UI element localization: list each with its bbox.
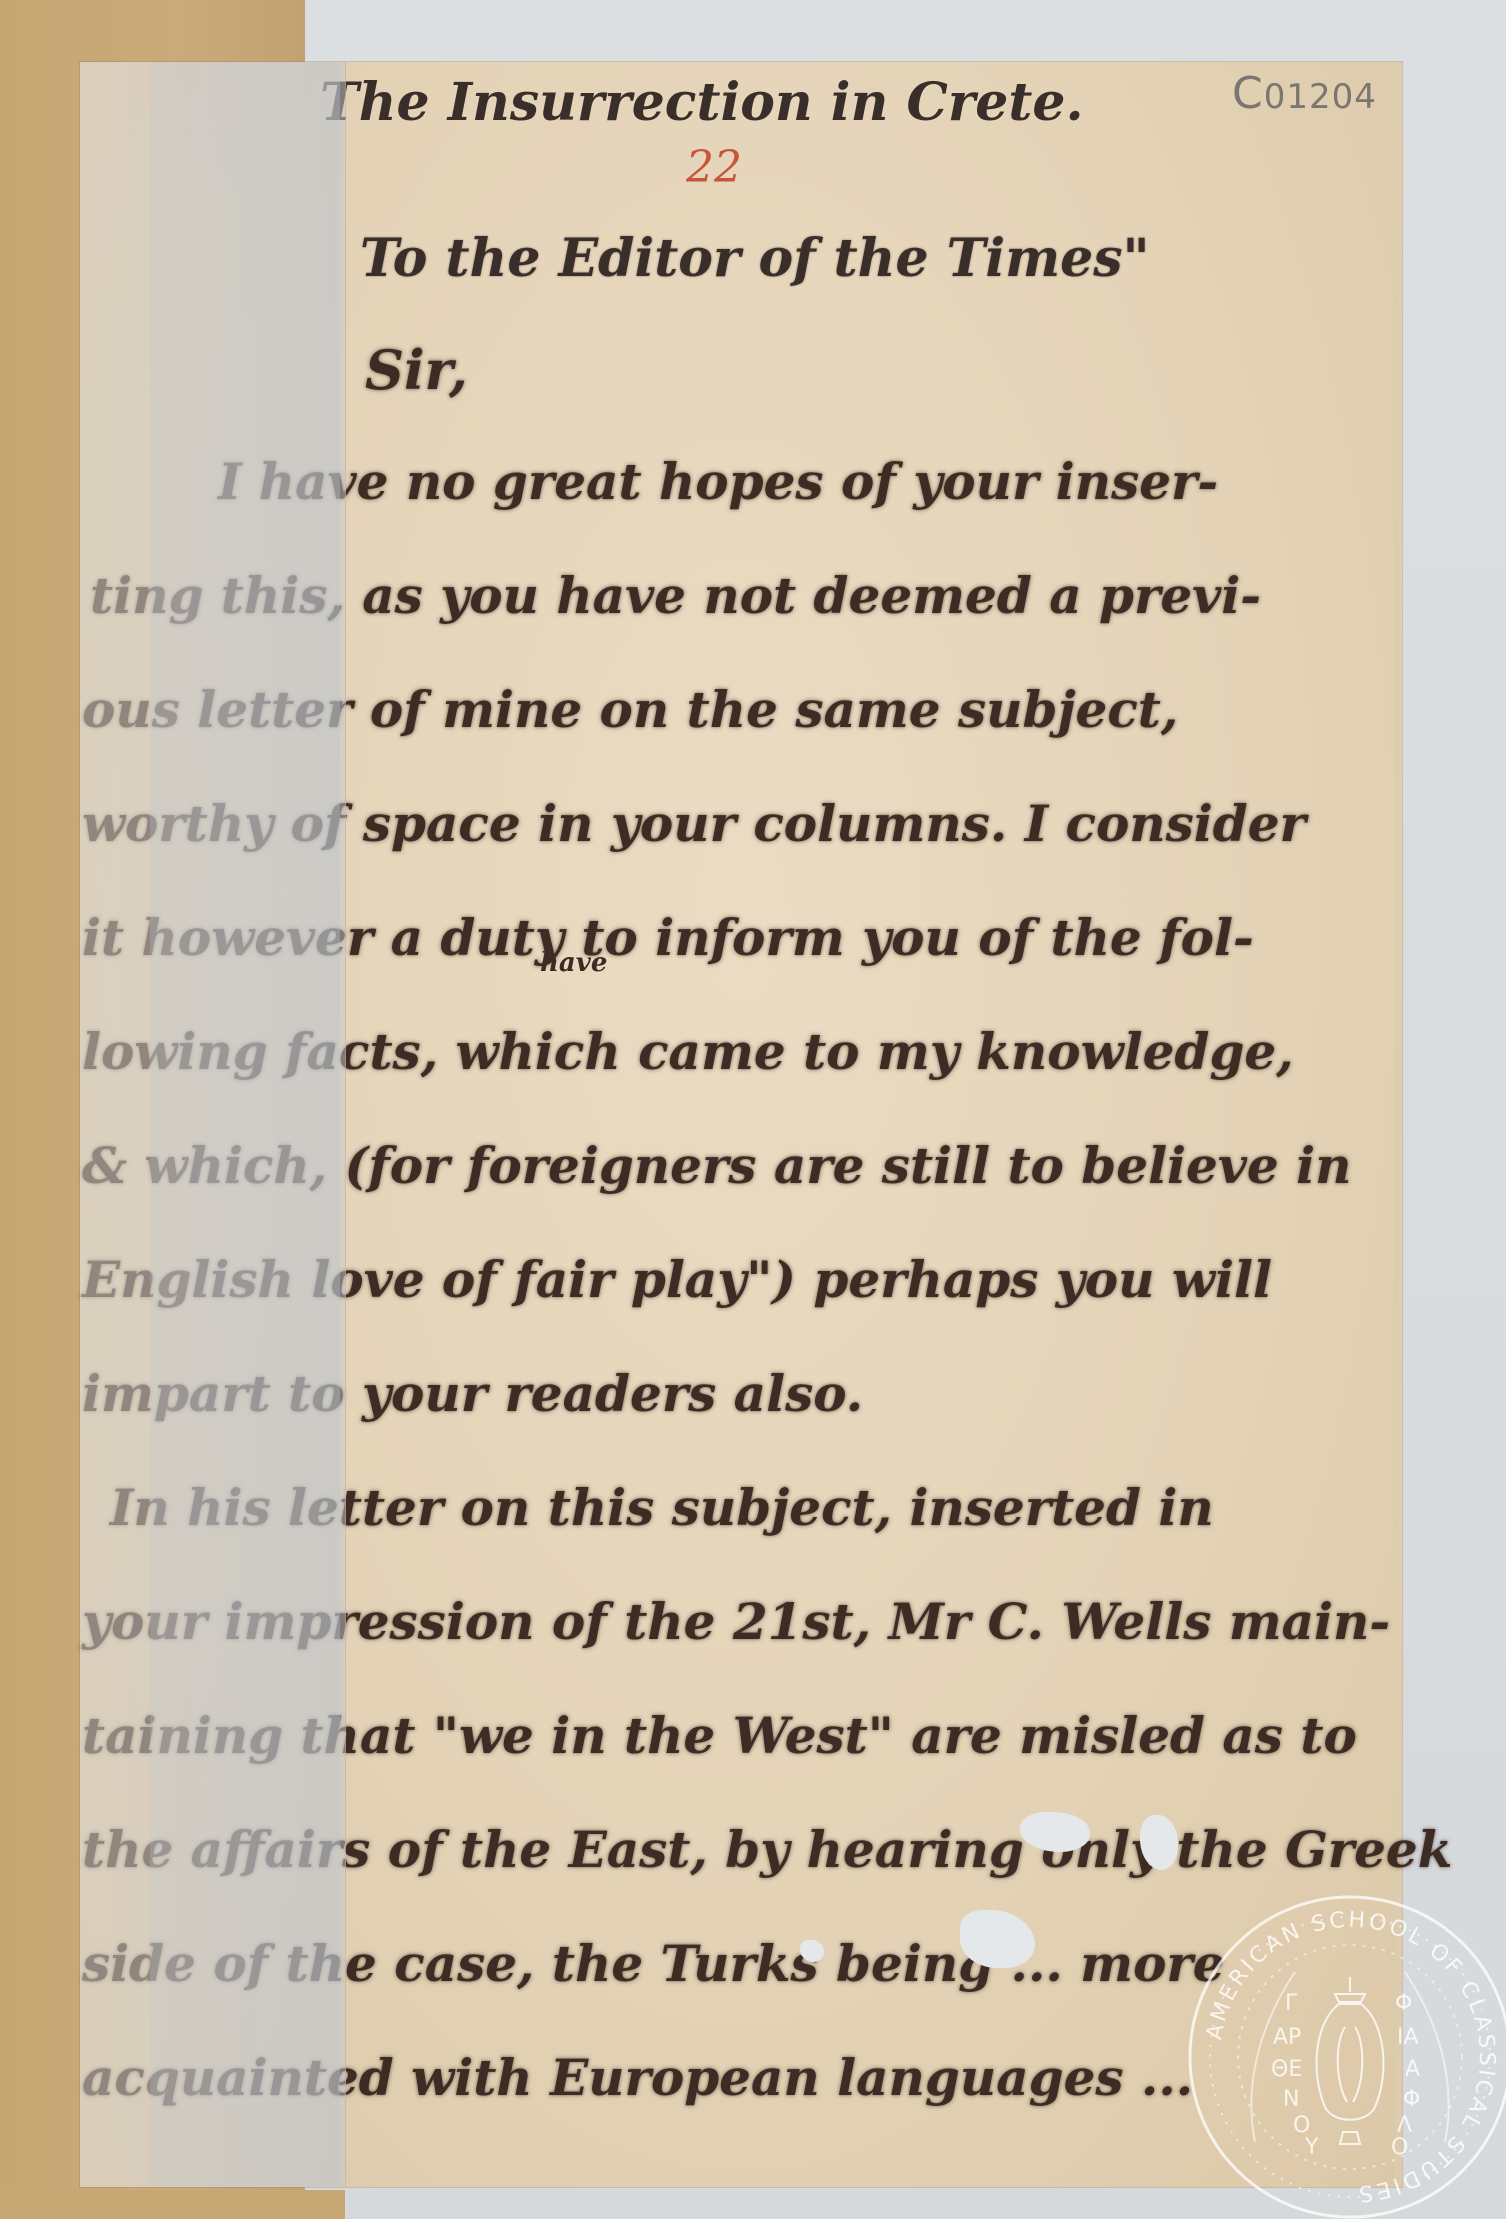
catalog-prefix: C [1232,68,1264,119]
stamp-seal-icon: AMERICAN SCHOOL OF CLASSICAL STUDIES ΓΑΡ… [1185,1892,1506,2219]
svg-text:AMERICAN SCHOOL OF CLASSICAL S: AMERICAN SCHOOL OF CLASSICAL STUDIES [1202,1908,1499,2206]
folio-number: 22 [686,142,742,193]
inserted-word: have [540,948,607,978]
svg-text:Ν: Ν [1283,2087,1299,2112]
svg-text:Γ: Γ [1285,1991,1298,2016]
institution-stamp: AMERICAN SCHOOL OF CLASSICAL STUDIES ΓΑΡ… [1185,1892,1506,2219]
svg-text:ΙΑ: ΙΑ [1397,2025,1419,2050]
paper-hole [800,1940,824,1962]
svg-text:Α: Α [1405,2057,1420,2082]
stamp-outer-text: AMERICAN SCHOOL OF CLASSICAL STUDIES [1202,1908,1499,2206]
catalog-digits: 01204 [1264,77,1377,117]
svg-text:Φ: Φ [1395,1991,1412,2016]
letter-salutation: Sir, [365,338,468,402]
svg-text:ΑΡ: ΑΡ [1273,2025,1301,2050]
svg-text:Ο: Ο [1391,2135,1408,2160]
svg-text:Υ: Υ [1304,2135,1319,2160]
body-line: I have no great hopes of your inser- [218,452,1218,511]
letter-address: To the Editor of the Times" [360,228,1150,289]
cardboard-mount-bottom [0,2190,345,2219]
amphora-icon [1317,1977,1384,2144]
svg-text:ΘΕ: ΘΕ [1271,2057,1302,2082]
catalog-number: C01204 [1232,68,1377,119]
tissue-overlay-shade [150,62,340,2187]
letter-title: The Insurrection in Crete. [320,72,1084,133]
svg-text:Φ: Φ [1403,2087,1420,2112]
